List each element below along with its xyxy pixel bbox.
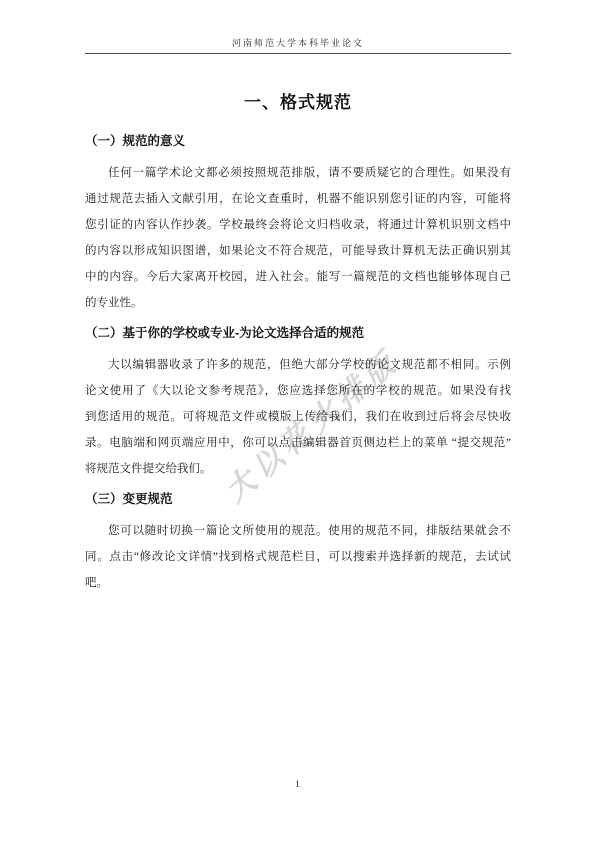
text-line: 您可以随时切换一篇论文所使用的规范。使用的规范不同，排版结果就会不 xyxy=(85,518,511,544)
document-section: （三）变更规范您可以随时切换一篇论文所使用的规范。使用的规范不同，排版结果就会不… xyxy=(85,489,511,596)
paragraph: 您可以随时切换一篇论文所使用的规范。使用的规范不同，排版结果就会不同。点击“修改… xyxy=(85,518,511,596)
text-line: 大以编辑器收录了许多的规范，但绝大部分学校的论文规范都不相同。示例 xyxy=(85,352,511,378)
paragraph: 任何一篇学术论文都必须按照规范排版，请不要质疑它的合理性。如果没有通过规范去插入… xyxy=(85,160,511,316)
text-line: 录。电脑端和网页端应用中，你可以点击编辑器首页侧边栏上的菜单 “提交规范” xyxy=(85,430,511,456)
text-line: 同。点击“修改论文详情”找到格式规范栏目，可以搜索并选择新的规范，去试试 xyxy=(85,544,511,570)
text-line: 吧。 xyxy=(85,570,511,596)
text-line: 通过规范去插入文献引用，在论文查重时，机器不能识别您引证的内容，可能将 xyxy=(85,186,511,212)
section-heading: （二）基于你的学校或专业-为论文选择合适的规范 xyxy=(85,323,511,341)
text-line: 您引证的内容认作抄袭。学校最终会将论文归档收录，将通过计算机识别文档中 xyxy=(85,212,511,238)
document-section: （一）规范的意义任何一篇学术论文都必须按照规范排版，请不要质疑它的合理性。如果没… xyxy=(85,131,511,316)
document-body: 一、格式规范 （一）规范的意义任何一篇学术论文都必须按照规范排版，请不要质疑它的… xyxy=(85,88,511,603)
page-number: 1 xyxy=(0,780,595,790)
text-line: 将规范文件提交给我们。 xyxy=(85,456,511,482)
paragraph: 大以编辑器收录了许多的规范，但绝大部分学校的论文规范都不相同。示例论文使用了《大… xyxy=(85,352,511,482)
text-line: 的专业性。 xyxy=(85,290,511,316)
text-line: 到您适用的规范。可将规范文件或模版上传给我们，我们在收到过后将会尽快收 xyxy=(85,404,511,430)
text-line: 任何一篇学术论文都必须按照规范排版，请不要质疑它的合理性。如果没有 xyxy=(85,160,511,186)
section-heading: （一）规范的意义 xyxy=(85,131,511,149)
page-title: 一、格式规范 xyxy=(85,88,511,113)
text-line: 中的内容。今后大家离开校园，进入社会。能写一篇规范的文档也能够体现自己 xyxy=(85,264,511,290)
text-line: 论文使用了《大以论文参考规范》，您应选择您所在的学校的规范。如果没有找 xyxy=(85,378,511,404)
document-section: （二）基于你的学校或专业-为论文选择合适的规范大以编辑器收录了许多的规范，但绝大… xyxy=(85,323,511,482)
text-line: 的内容以形成知识图谱，如果论文不符合规范，可能导致计算机无法正确识别其 xyxy=(85,238,511,264)
page-header: 河南师范大学本科毕业论文 xyxy=(85,36,511,54)
document-page: 河南师范大学本科毕业论文 大以花火排版 一、格式规范 （一）规范的意义任何一篇学… xyxy=(0,0,595,842)
document-sections: （一）规范的意义任何一篇学术论文都必须按照规范排版，请不要质疑它的合理性。如果没… xyxy=(85,131,511,596)
section-heading: （三）变更规范 xyxy=(85,489,511,507)
